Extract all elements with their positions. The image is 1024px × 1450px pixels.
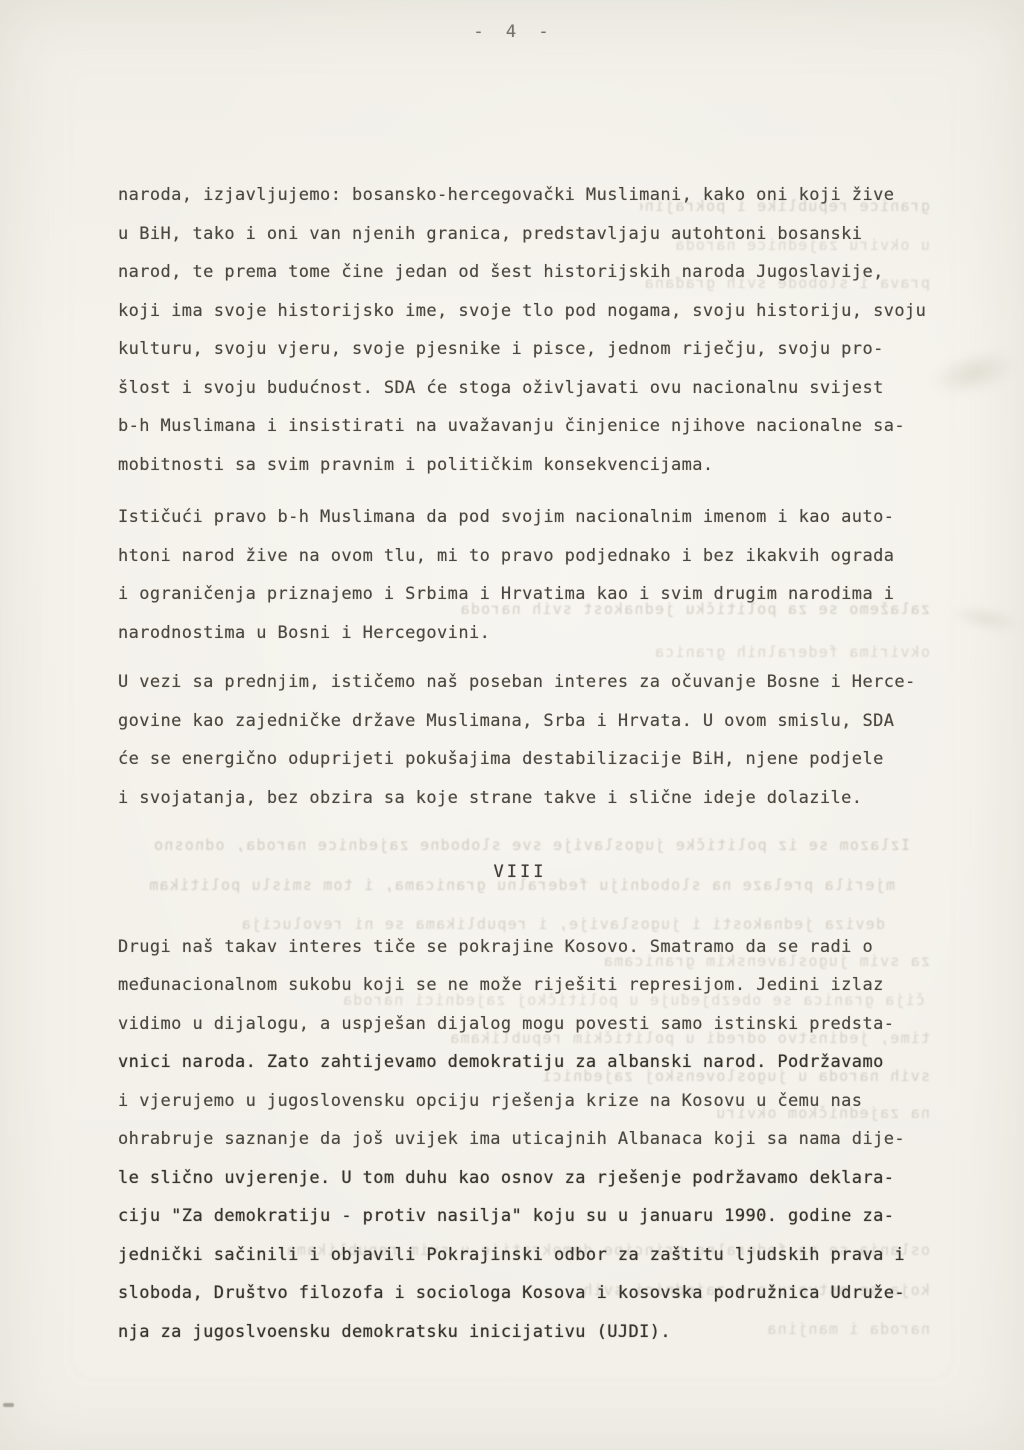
- paper-speck: [3, 1403, 14, 1407]
- text-line: vnici naroda. Zato zahtijevamo demokrati…: [118, 1043, 938, 1082]
- page-number: - 4 -: [0, 22, 1024, 42]
- text-line: ciju "Za demokratiju - protiv nasilja" k…: [118, 1197, 938, 1236]
- paragraph-1: naroda, izjavljujemo: bosansko-hercegova…: [118, 176, 938, 484]
- text-line: le slično uvjerenje. U tom duhu kao osno…: [118, 1159, 938, 1198]
- text-line: narod, te prema tome čine jedan od šest …: [118, 253, 938, 292]
- document-page: - 4 - granice republike i pokrajine u ok…: [0, 0, 1024, 1450]
- text-line: kulturu, svoju vjeru, svoje pjesnike i p…: [118, 330, 938, 369]
- text-line: b-h Muslimana i insistirati na uvažavanj…: [118, 407, 938, 446]
- paper-crease: [946, 600, 1024, 639]
- paragraph-3: U vezi sa prednjim, ističemo naš poseban…: [118, 663, 938, 817]
- text-line: i ograničenja priznajemo i Srbima i Hrva…: [118, 575, 938, 614]
- text-line: će se energično oduprijeti pokušajima de…: [118, 740, 938, 779]
- text-line: vidimo u dijalogu, a uspješan dijalog mo…: [118, 1005, 938, 1044]
- text-line: htoni narod žive na ovom tlu, mi to prav…: [118, 537, 938, 576]
- text-line: Drugi naš takav interes tiče se pokrajin…: [118, 928, 938, 967]
- text-line: koji ima svoje historijsko ime, svoje tl…: [118, 292, 938, 331]
- text-line: i svojatanja, bez obzira sa koje strane …: [118, 779, 938, 818]
- text-line: naroda, izjavljujemo: bosansko-hercegova…: [118, 176, 938, 215]
- text-line: jednički sačinili i objavili Pokrajinski…: [118, 1236, 938, 1275]
- text-line: sloboda, Društvo filozofa i sociologa Ko…: [118, 1274, 938, 1313]
- text-line: šlost i svoju budućnost. SDA će stoga ož…: [118, 369, 938, 408]
- paper-smudge: [924, 341, 1023, 404]
- text-line: mobitnosti sa svim pravnim i političkim …: [118, 446, 938, 485]
- text-line: u BiH, tako i oni van njenih granica, pr…: [118, 215, 938, 254]
- paragraph-2: Ističući pravo b-h Muslimana da pod svoj…: [118, 498, 938, 652]
- text-line: narodnostima u Bosni i Hercegovini.: [118, 614, 938, 653]
- text-line: govine kao zajedničke države Muslimana, …: [118, 702, 938, 741]
- text-line: ohrabruje saznanje da još uvijek ima uti…: [118, 1120, 938, 1159]
- text-line: nja za jugoslvoensku demokratsku inicija…: [118, 1313, 938, 1352]
- text-line: Ističući pravo b-h Muslimana da pod svoj…: [118, 498, 938, 537]
- paragraph-4: Drugi naš takav interes tiče se pokrajin…: [118, 928, 938, 1352]
- section-heading: VIII: [110, 853, 930, 892]
- text-line: U vezi sa prednjim, ističemo naš poseban…: [118, 663, 938, 702]
- text-line: međunacionalnom sukobu koji se ne može r…: [118, 966, 938, 1005]
- text-line: i vjerujemo u jugoslovensku opciju rješe…: [118, 1082, 938, 1121]
- document-body: naroda, izjavljujemo: bosansko-hercegova…: [118, 176, 938, 1351]
